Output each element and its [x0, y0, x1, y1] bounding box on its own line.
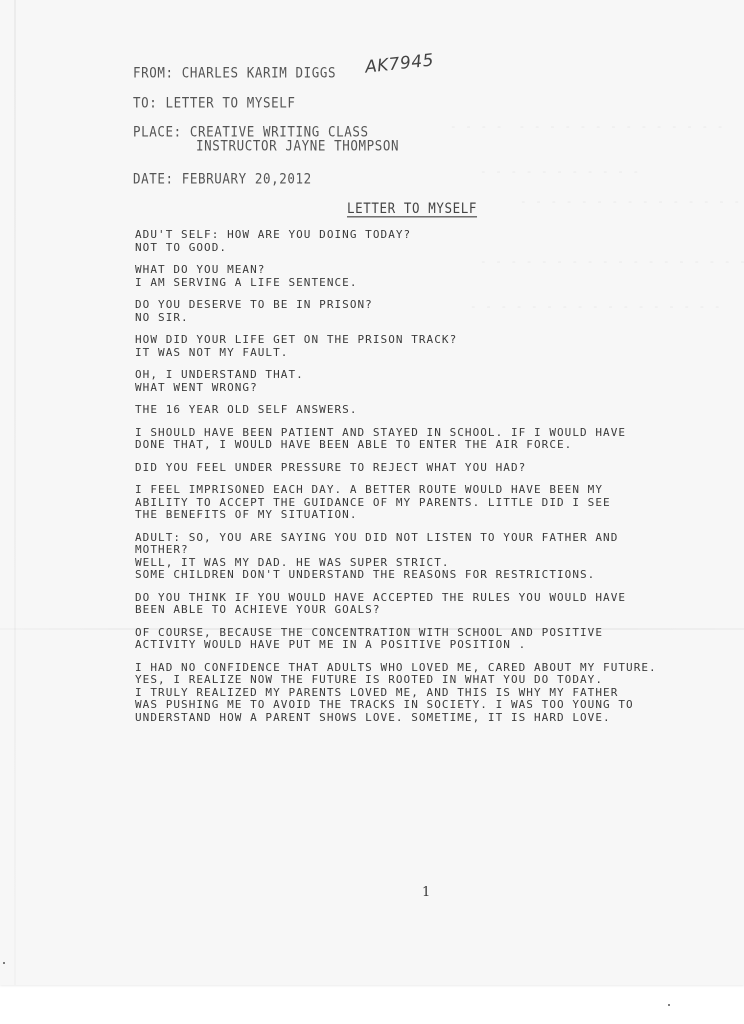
- letter-paragraph: I HAD NO CONFIDENCE THAT ADULTS WHO LOVE…: [135, 662, 735, 725]
- letter-title: LETTER TO MYSELF: [347, 199, 477, 216]
- letter-line: DID YOU FEEL UNDER PRESSURE TO REJECT WH…: [135, 462, 735, 475]
- letter-line: UNDERSTAND HOW A PARENT SHOWS LOVE. SOME…: [135, 712, 735, 725]
- bleed-through-text: - - - - - - - - - - - - - - - - -: [520, 195, 744, 208]
- letter-paragraph: I SHOULD HAVE BEEN PATIENT AND STAYED IN…: [135, 427, 735, 452]
- letter-paragraph: DO YOU DESERVE TO BE IN PRISON?NO SIR.: [135, 299, 735, 324]
- letter-paragraph: OF COURSE, BECAUSE THE CONCENTRATION WIT…: [135, 627, 735, 652]
- letter-line: ADU'T SELF: HOW ARE YOU DOING TODAY?: [135, 229, 735, 242]
- letter-line: ACTIVITY WOULD HAVE PUT ME IN A POSITIVE…: [135, 639, 735, 652]
- letter-line: YES, I REALIZE NOW THE FUTURE IS ROOTED …: [135, 674, 735, 687]
- handwritten-inmate-number: AK7945: [364, 50, 435, 77]
- letter-paragraph: THE 16 YEAR OLD SELF ANSWERS.: [135, 404, 735, 417]
- instructor-line: INSTRUCTOR JAYNE THOMPSON: [196, 139, 399, 153]
- letter-line: SOME CHILDREN DON'T UNDERSTAND THE REASO…: [135, 569, 735, 582]
- letter-paragraph: DO YOU THINK IF YOU WOULD HAVE ACCEPTED …: [135, 592, 735, 617]
- letter-line: WHAT DO YOU MEAN?: [135, 264, 735, 277]
- letter-paragraph: HOW DID YOUR LIFE GET ON THE PRISON TRAC…: [135, 334, 735, 359]
- letter-line: BEEN ABLE TO ACHIEVE YOUR GOALS?: [135, 604, 735, 617]
- letter-line: THE BENEFITS OF MY SITUATION.: [135, 509, 735, 522]
- letter-line: OH, I UNDERSTAND THAT.: [135, 369, 735, 382]
- letter-paragraph: DID YOU FEEL UNDER PRESSURE TO REJECT WH…: [135, 462, 735, 475]
- letter-line: NOT TO GOOD.: [135, 242, 735, 255]
- letter-line: MOTHER?: [135, 544, 735, 557]
- letter-paragraph: ADULT: SO, YOU ARE SAYING YOU DID NOT LI…: [135, 532, 735, 582]
- letter-paragraph: WHAT DO YOU MEAN?I AM SERVING A LIFE SEN…: [135, 264, 735, 289]
- letter-paragraph: OH, I UNDERSTAND THAT.WHAT WENT WRONG?: [135, 369, 735, 394]
- letter-paragraph: ADU'T SELF: HOW ARE YOU DOING TODAY?NOT …: [135, 229, 735, 254]
- page-number: 1: [422, 885, 430, 900]
- to-line: TO: LETTER TO MYSELF: [133, 96, 296, 110]
- letter-line: DONE THAT, I WOULD HAVE BEEN ABLE TO ENT…: [135, 439, 735, 452]
- bleed-through-text: - - - - - - - - - - -: [480, 165, 640, 178]
- letter-line: NO SIR.: [135, 312, 735, 325]
- letter-line: ADULT: SO, YOU ARE SAYING YOU DID NOT LI…: [135, 532, 735, 545]
- letter-line: WHAT WENT WRONG?: [135, 382, 735, 395]
- letter-body: ADU'T SELF: HOW ARE YOU DOING TODAY?NOT …: [135, 229, 735, 734]
- letter-line: IT WAS NOT MY FAULT.: [135, 347, 735, 360]
- letter-line: I FEEL IMPRISONED EACH DAY. A BETTER ROU…: [135, 484, 735, 497]
- letter-line: HOW DID YOUR LIFE GET ON THE PRISON TRAC…: [135, 334, 735, 347]
- letter-line: DO YOU DESERVE TO BE IN PRISON?: [135, 299, 735, 312]
- letter-paragraph: I FEEL IMPRISONED EACH DAY. A BETTER ROU…: [135, 484, 735, 522]
- scanned-page: - - - - - - - - - - - - - - - - - - - - …: [0, 0, 744, 985]
- bleed-through-text: - - - - - - - - - - - - - - - - - -: [450, 120, 724, 133]
- letter-line: WAS PUSHING ME TO AVOID THE TRACKS IN SO…: [135, 699, 735, 712]
- letter-line: I AM SERVING A LIFE SENTENCE.: [135, 277, 735, 290]
- date-line: DATE: FEBRUARY 20,2012: [133, 172, 312, 186]
- from-line: FROM: CHARLES KARIM DIGGS: [133, 66, 336, 80]
- letter-line: THE 16 YEAR OLD SELF ANSWERS.: [135, 404, 735, 417]
- scan-speck: [668, 1004, 670, 1006]
- scan-speck: [3, 962, 5, 964]
